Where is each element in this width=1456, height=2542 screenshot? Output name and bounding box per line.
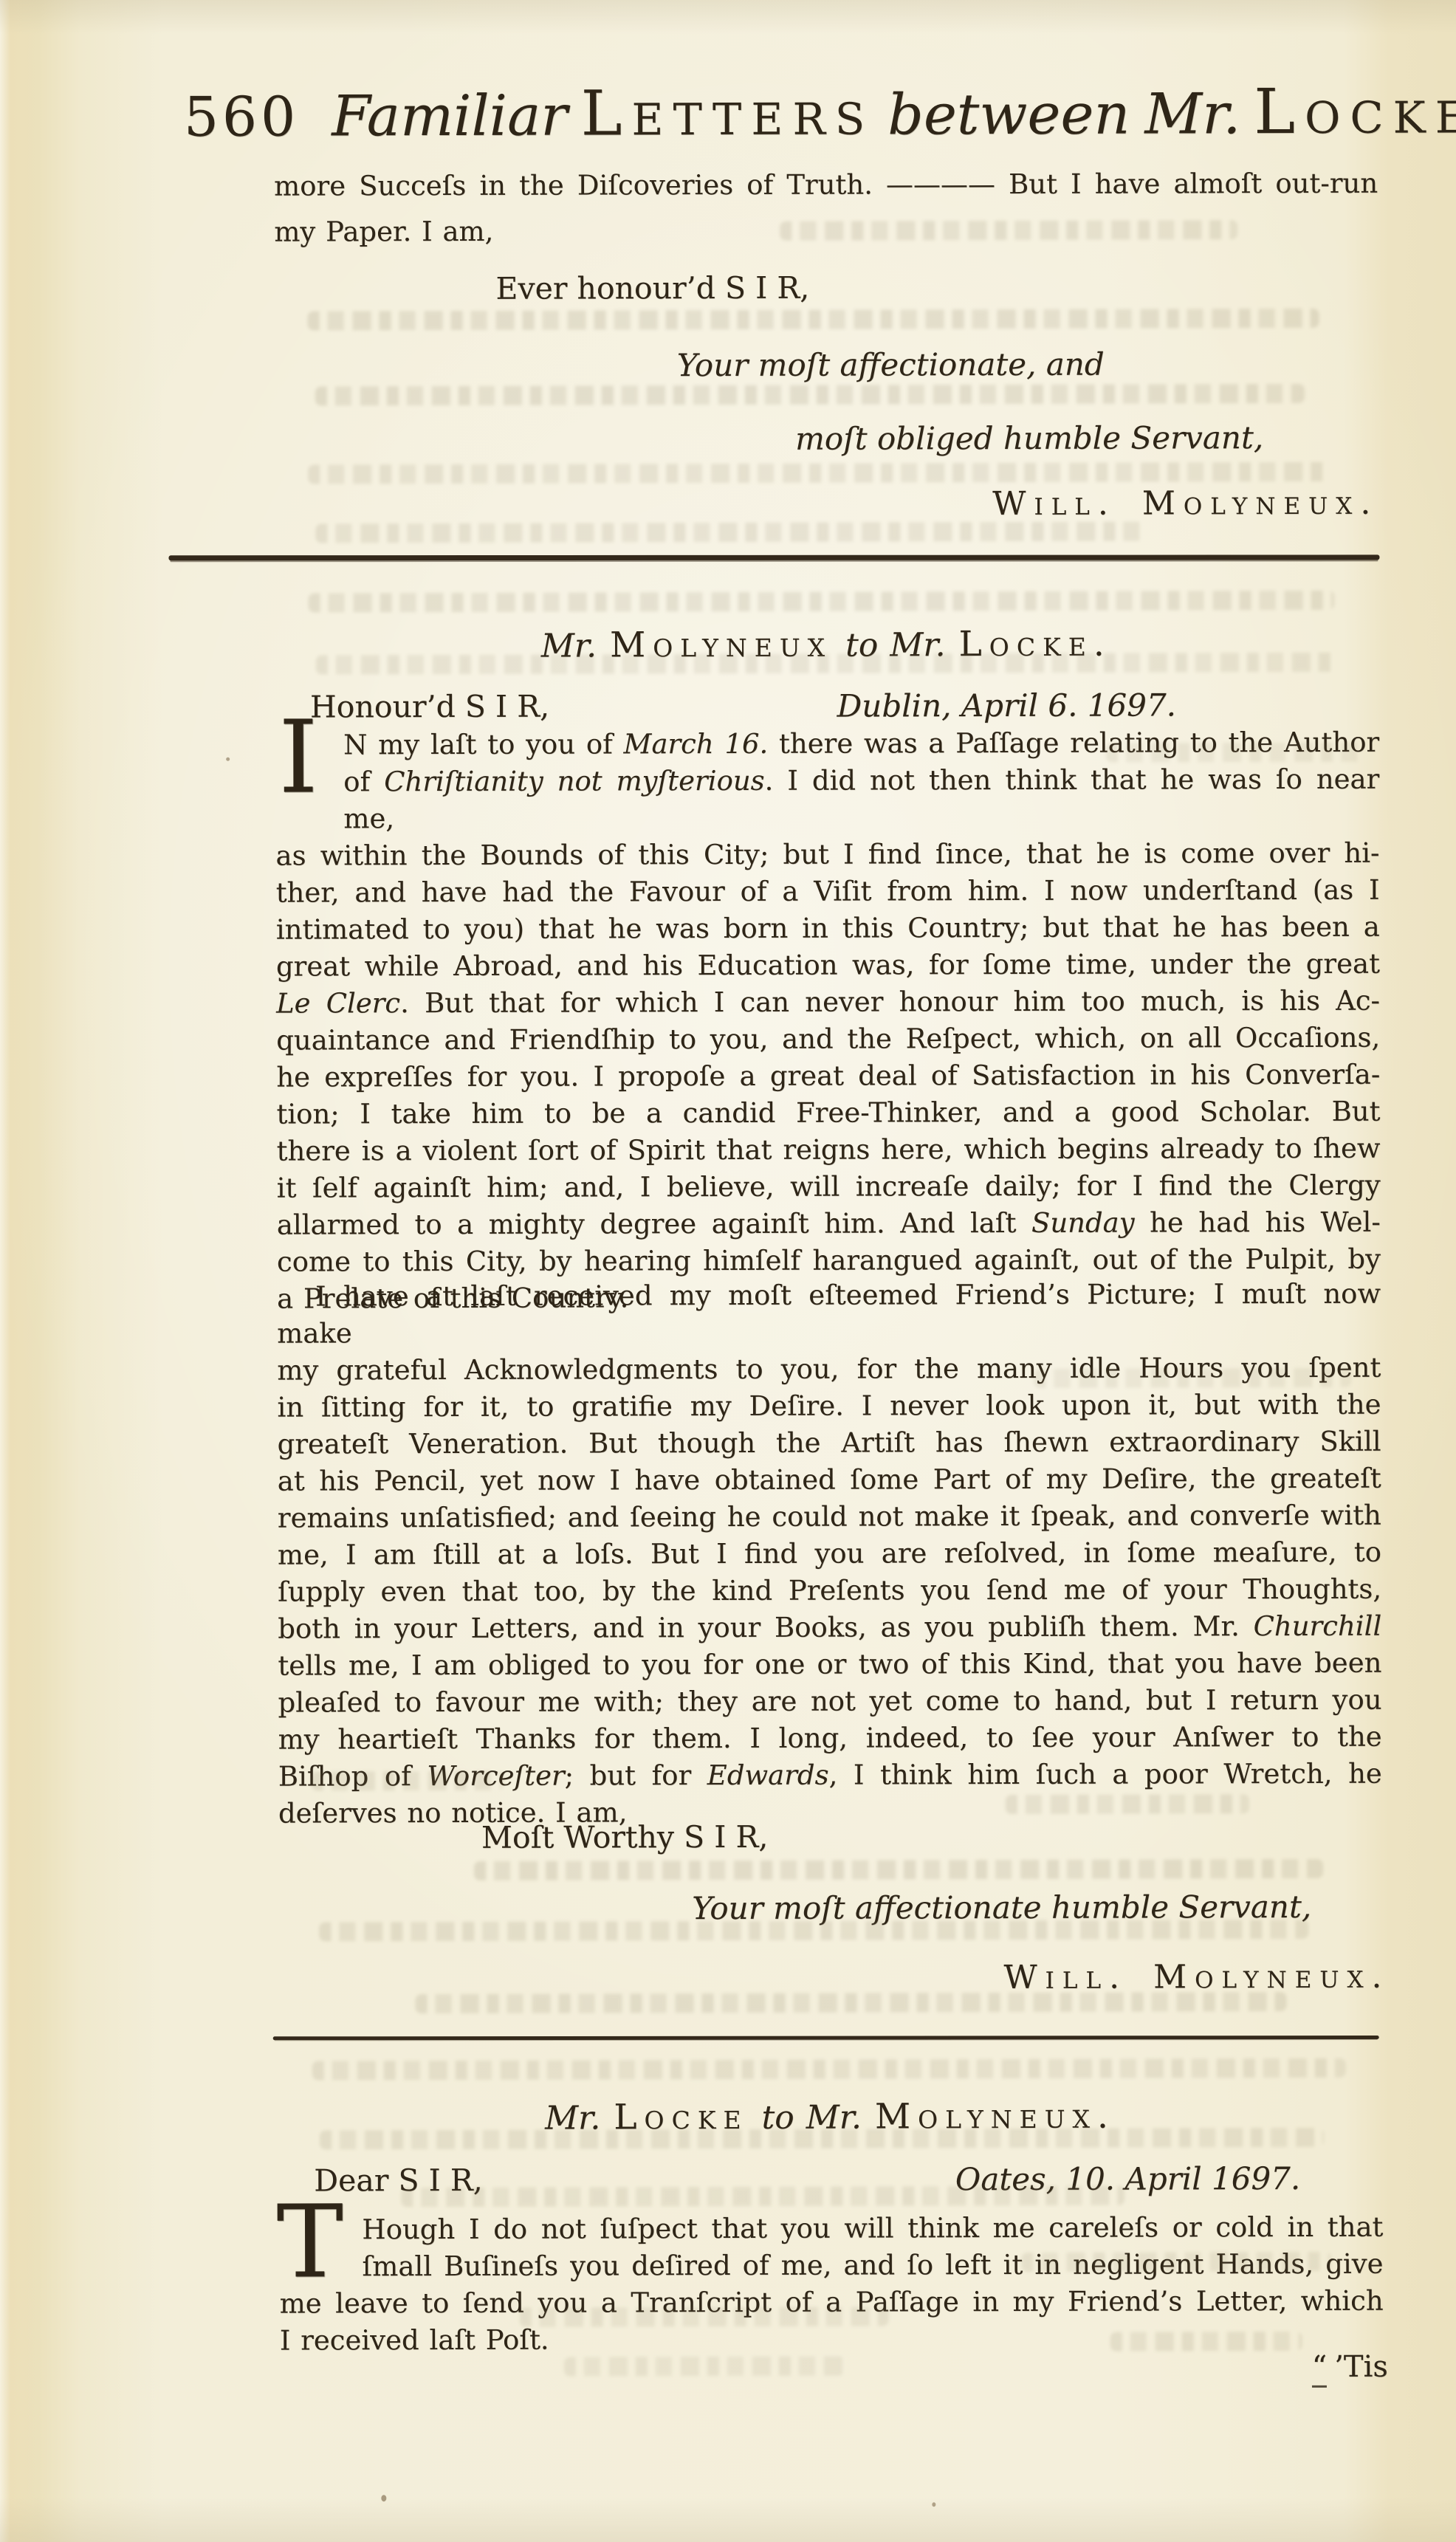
text-line: ſupply even that too, by the kind Preſen… — [278, 1571, 1381, 1611]
letter2-heading-name1: Molyneux — [610, 625, 832, 666]
letter2-salutation-row: Honour’d S I R, Dublin, April 6. 1697. — [275, 687, 1379, 690]
ink-speck — [932, 2502, 935, 2507]
text-line: in ſitting for it, to gratifie my Deſire… — [277, 1387, 1381, 1426]
letter2-paragraph-1: I N my laſt to you of March 16. there wa… — [275, 724, 1381, 1318]
header-word-between: between — [887, 81, 1130, 148]
text-line: tells me, I am obliged to you for one or… — [278, 1645, 1381, 1685]
letter3-dropcap: T — [276, 2192, 343, 2292]
letter3-dateline: Oates, 10. April 1697. — [955, 2160, 1300, 2197]
letter2-salutation: Honour’d S I R, — [310, 689, 549, 725]
letter2-paragraph-1-lines: N my laſt to you of March 16. there was … — [275, 724, 1381, 1318]
letter3-paragraph-lines: Hough I do not ſuſpect that you will thi… — [279, 2209, 1384, 2360]
text-line: quaintance and Friendſhip to you, and th… — [276, 1020, 1380, 1059]
show-through-text — [315, 522, 1142, 543]
show-through-text — [309, 591, 1335, 613]
text-line: greateſt Veneration. But though the Arti… — [278, 1423, 1381, 1463]
text-line: tion; I take him to be a candid Free-Thi… — [276, 1093, 1380, 1133]
text-line: Le Clerc. But that for which I can never… — [276, 983, 1380, 1023]
letter3-heading: Mr.LocketoMr.Molyneux. — [279, 2095, 1383, 2139]
catchword-word: ’Tis — [1334, 2350, 1388, 2384]
show-through-text — [315, 384, 1305, 406]
letter2-closing-1: Moſt Worthy S I R, — [481, 1819, 768, 1855]
letter3-heading-name1: Locke — [614, 2097, 748, 2137]
catchword-quote-mark: “ — [1312, 2350, 1328, 2388]
text-line: come to this City, by hearing himſelf ha… — [277, 1241, 1381, 1281]
section-divider-rule — [168, 554, 1379, 560]
text-line: there is a violent ſort of Spirit that r… — [277, 1130, 1381, 1170]
text-line: allarmed to a mighty degree againſt him.… — [277, 1204, 1381, 1244]
text-line: as within the Bounds of this City; but I… — [275, 835, 1379, 875]
letter3-heading-mr1: Mr. — [545, 2099, 600, 2137]
letter2-dropcap: I — [278, 707, 318, 808]
ink-speck — [226, 758, 230, 761]
text-line: I received laſt Poſt. — [280, 2320, 1384, 2360]
text-line: remains unſatisfied; and ſeeing he could… — [278, 1497, 1381, 1537]
text-line: deſerves no notice. I am, — [278, 1793, 1382, 1832]
letter2-dateline: Dublin, April 6. 1697. — [837, 687, 1177, 724]
header-word-mr: Mr. — [1144, 80, 1240, 146]
show-through-text — [308, 462, 1327, 484]
letter3-heading-name2: Molyneux. — [875, 2096, 1116, 2137]
ink-speck — [381, 2495, 386, 2501]
text-line: he expreſſes for you. I propoſe a great … — [276, 1057, 1380, 1096]
letter2-heading-mr2: Mr. — [890, 626, 945, 664]
text-line: Biſhop of Worceſter; but for Edwards, I … — [278, 1756, 1382, 1796]
book-page-scan: 560 Familiar Letters between Mr. Locke, … — [0, 0, 1456, 2542]
letter1-signature: Will. Molyneux. — [992, 484, 1378, 523]
catchword: “’Tis — [1312, 2350, 1388, 2384]
section-divider-rule-2 — [273, 2036, 1379, 2040]
page-number: 560 — [184, 86, 299, 149]
show-through-text — [312, 2058, 1346, 2081]
text-line: my heartieſt Thanks for them. I long, in… — [278, 1719, 1382, 1759]
text-line: of Chriſtianity not myſterious. I did no… — [275, 761, 1379, 838]
text-line: ſmall Buſineſs you deſired of me, and ſo… — [279, 2246, 1383, 2286]
letter1-valediction-1: Ever honour’d S I R, — [495, 270, 809, 306]
header-word-locke: Locke, — [1254, 75, 1456, 148]
letter2-heading: Mr.MolyneuxtoMr.Locke. — [275, 623, 1379, 667]
text-line: me leave to ſend you a Tranſcript of a P… — [280, 2283, 1384, 2323]
letter1-valediction-2: Your moſt affectionate, and — [677, 346, 1105, 384]
letter2-closing-2: Your moſt affectionate humble Servant, — [692, 1889, 1311, 1926]
letter3-heading-to: to — [761, 2099, 794, 2137]
text-line: me, I am ſtill at a loſs. But I find you… — [278, 1534, 1381, 1574]
show-through-text — [308, 309, 1319, 331]
letter2-paragraph-2: I have at laſt received my moſt eſteemed… — [277, 1276, 1382, 1832]
text-line: my grateful Acknowledgments to you, for … — [277, 1350, 1381, 1389]
text-line: great while Abroad, and his Education wa… — [276, 946, 1380, 986]
letter3-paragraph: T Hough I do not ſuſpect that you will t… — [279, 2209, 1384, 2360]
letter1-closing-text: more Succeſs in the Diſcoveries of Truth… — [274, 161, 1378, 255]
text-line: at his Pencil, yet now I have obtained ſ… — [278, 1460, 1381, 1500]
text-line: I have at laſt received my moſt eſteemed… — [277, 1276, 1381, 1353]
letter1-valediction-3: moſt obliged humble Servant, — [795, 419, 1263, 457]
text-line: N my laſt to you of March 16. there was … — [275, 724, 1379, 764]
text-line: pleaſed to favour me with; they are not … — [278, 1682, 1381, 1722]
letter3-salutation-row: Dear S I R, Oates, 10. April 1697. — [279, 2160, 1383, 2163]
text-line: Hough I do not ſuſpect that you will thi… — [279, 2209, 1383, 2249]
letter2-heading-to: to — [845, 626, 878, 664]
text-line: ther, and have had the Favour of a Viſit… — [276, 872, 1380, 912]
show-through-text — [564, 2357, 845, 2377]
header-word-familiar: Familiar — [332, 83, 568, 149]
letter2-signature: Will. Molyneux. — [1003, 1958, 1390, 1996]
header-word-letters: Letters — [581, 76, 875, 149]
page-content: 560 Familiar Letters between Mr. Locke, … — [0, 0, 1456, 2542]
text-line: my Paper. I am, — [274, 207, 1378, 255]
text-line: intimated to you) that he was born in th… — [276, 909, 1380, 949]
show-through-text — [474, 1859, 1323, 1880]
running-header: 560 Familiar Letters between Mr. Locke, — [184, 75, 1456, 151]
text-line: more Succeſs in the Diſcoveries of Truth… — [274, 161, 1378, 210]
letter3-heading-mr2: Mr. — [806, 2099, 862, 2137]
letter2-heading-mr1: Mr. — [541, 627, 597, 664]
text-line: it ſelf againſt him; and, I believe, wil… — [277, 1167, 1381, 1207]
text-line: both in your Letters, and in your Books,… — [278, 1608, 1381, 1648]
letter2-heading-name2: Locke. — [958, 624, 1111, 665]
